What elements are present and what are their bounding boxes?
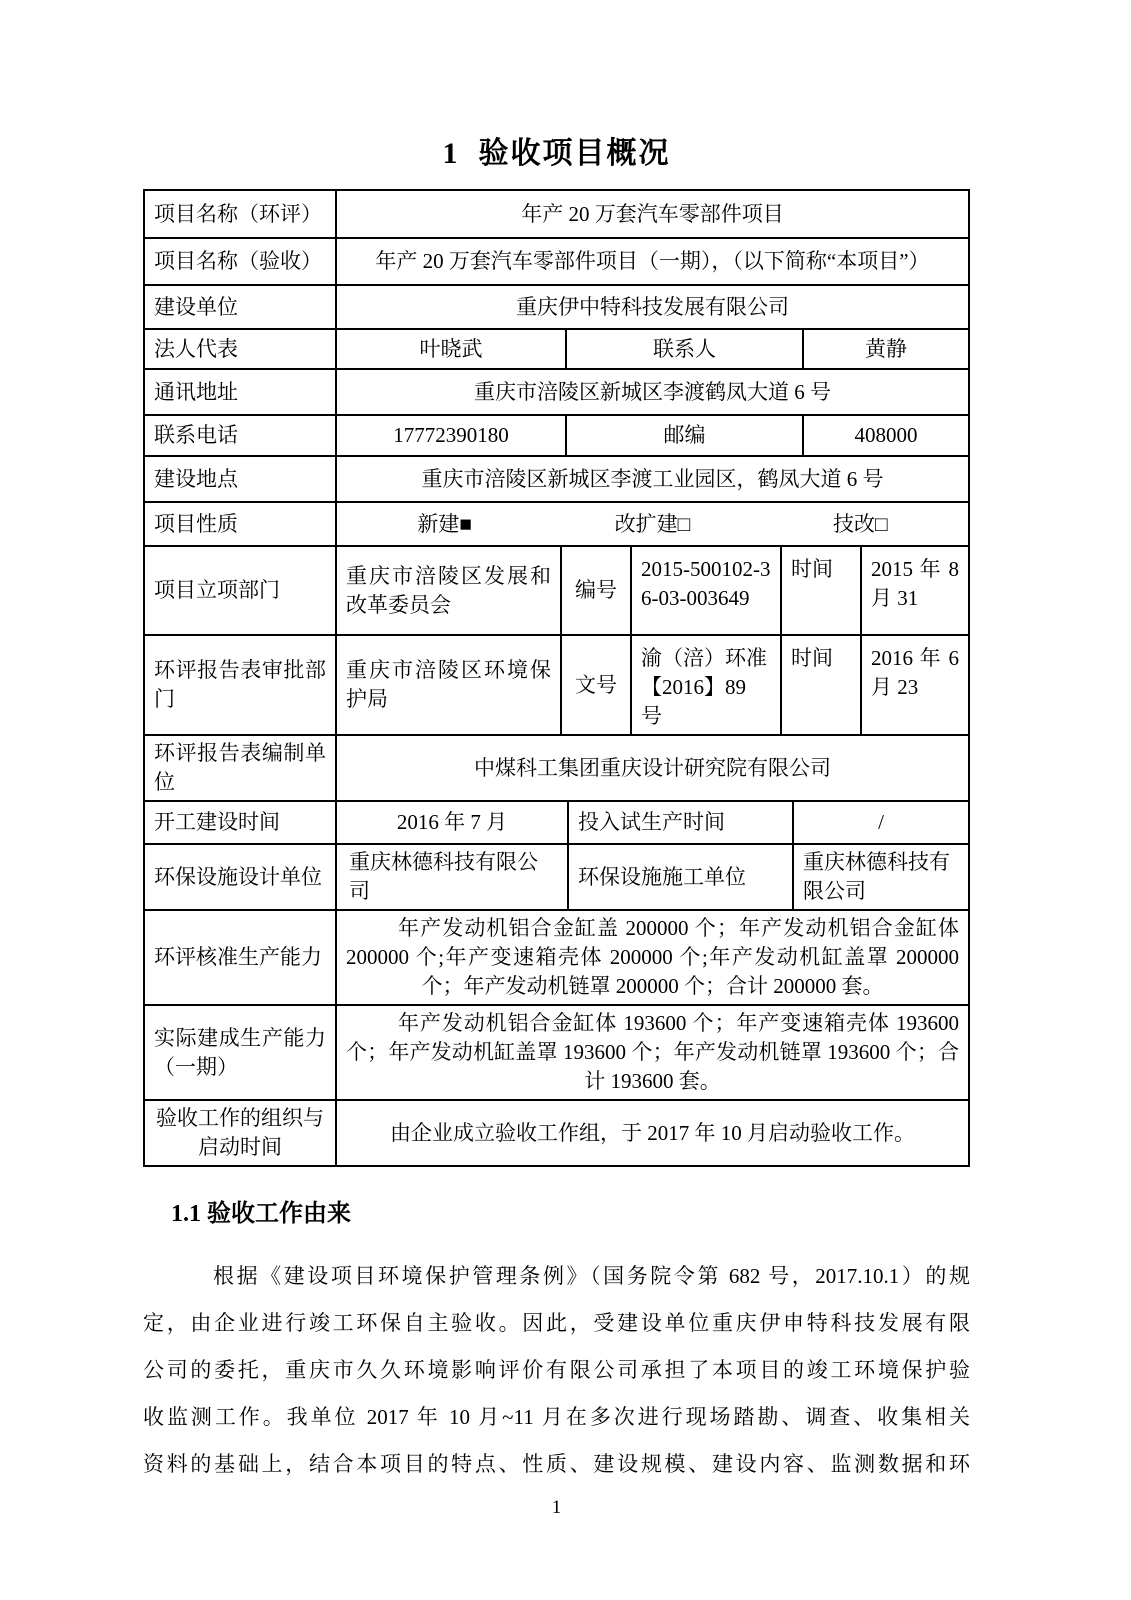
- row-label: 环评报告表审批部门: [145, 636, 335, 734]
- project-nature-options: 新建■ 改扩建□ 技改□: [335, 503, 968, 545]
- row-value: 重庆林德科技有限公司: [792, 845, 968, 909]
- checkbox-new-build: 新建■: [417, 510, 472, 539]
- row-label: 开工建设时间: [145, 802, 335, 843]
- document-page: 1 验收项目概况 项目名称（环评） 年产 20 万套汽车零部件项目 项目名称（验…: [0, 0, 1131, 1600]
- row-label: 建设单位: [145, 286, 335, 328]
- row-value: /: [792, 802, 968, 843]
- paragraph-line: 收监测工作。我单位 2017 年 10 月~11 月在多次进行现场踏勘、调查、收…: [143, 1394, 970, 1441]
- row-value: 重庆市涪陵区新城区李渡鹤凤大道 6 号: [335, 370, 968, 414]
- row-value: 年产发动机铝合金缸体 193600 个；年产变速箱壳体 193600 个；年产发…: [335, 1006, 968, 1099]
- row-label: 投入试生产时间: [567, 802, 792, 843]
- code-value: 渝（涪）环准【2016】89 号: [630, 636, 780, 734]
- paragraph-line: 资料的基础上，结合本项目的特点、性质、建设规模、建设内容、监测数据和环: [143, 1441, 970, 1488]
- table-row: 项目性质 新建■ 改扩建□ 技改□: [145, 501, 968, 545]
- row-value: 年产 20 万套汽车零部件项目: [335, 191, 968, 237]
- table-row: 环评报告表编制单位 中煤科工集团重庆设计研究院有限公司: [145, 734, 968, 800]
- table-row: 通讯地址 重庆市涪陵区新城区李渡鹤凤大道 6 号: [145, 368, 968, 414]
- row-label: 法人代表: [145, 330, 335, 368]
- row-label: 项目名称（验收）: [145, 239, 335, 284]
- row-label: 验收工作的组织与启动时间: [145, 1101, 335, 1165]
- row-value: 重庆市涪陵区环境保护局: [335, 636, 560, 734]
- row-label: 建设地点: [145, 457, 335, 501]
- code-label: 编号: [560, 547, 630, 634]
- table-row: 验收工作的组织与启动时间 由企业成立验收工作组，于 2017 年 10 月启动验…: [145, 1099, 968, 1165]
- table-row: 环评核准生产能力 年产发动机铝合金缸盖 200000 个；年产发动机铝合金缸体 …: [145, 909, 968, 1004]
- row-value: 叶晓武: [335, 330, 565, 368]
- time-label: 时间: [780, 636, 860, 734]
- row-label: 通讯地址: [145, 370, 335, 414]
- row-value: 年产 20 万套汽车零部件项目（一期），（以下简称“本项目”）: [335, 239, 968, 284]
- row-value: 重庆市涪陵区新城区李渡工业园区，鹤凤大道 6 号: [335, 457, 968, 501]
- checkbox-expand-rebuild: 改扩建□: [615, 510, 691, 539]
- row-value: 重庆市涪陵区发展和改革委员会: [335, 547, 560, 634]
- row-label: 项目名称（环评）: [145, 191, 335, 237]
- page-number: 1: [143, 1497, 970, 1519]
- table-row: 项目立项部门 重庆市涪陵区发展和改革委员会 编号 2015-500102-36-…: [145, 545, 968, 634]
- row-value: 由企业成立验收工作组，于 2017 年 10 月启动验收工作。: [335, 1101, 968, 1165]
- table-row: 建设地点 重庆市涪陵区新城区李渡工业园区，鹤凤大道 6 号: [145, 455, 968, 501]
- row-value: 黄静: [802, 330, 968, 368]
- table-row: 项目名称（验收） 年产 20 万套汽车零部件项目（一期），（以下简称“本项目”）: [145, 237, 968, 284]
- row-label: 环保设施设计单位: [145, 845, 335, 909]
- table-row: 环保设施设计单位 重庆林德科技有限公司 环保设施施工单位 重庆林德科技有限公司: [145, 843, 968, 909]
- table-row: 建设单位 重庆伊中特科技发展有限公司: [145, 284, 968, 328]
- row-value: 重庆伊中特科技发展有限公司: [335, 286, 968, 328]
- table-row: 开工建设时间 2016 年 7 月 投入试生产时间 /: [145, 800, 968, 843]
- paragraph-line: 根据《建设项目环境保护管理条例》（国务院令第 682 号，2017.10.1）的…: [143, 1253, 970, 1300]
- row-value: 年产发动机铝合金缸盖 200000 个；年产发动机铝合金缸体 200000 个;…: [335, 911, 968, 1004]
- row-value: 2016 年 7 月: [335, 802, 567, 843]
- time-label: 时间: [780, 547, 860, 634]
- row-value: 408000: [802, 416, 968, 455]
- time-value: 2016 年 6 月 23: [860, 636, 968, 734]
- row-label: 项目性质: [145, 503, 335, 545]
- row-value: 17772390180: [335, 416, 565, 455]
- paragraph-line: 公司的委托，重庆市久久环境影响评价有限公司承担了本项目的竣工环境保护验: [143, 1347, 970, 1394]
- body-paragraph: 根据《建设项目环境保护管理条例》（国务院令第 682 号，2017.10.1）的…: [143, 1253, 970, 1488]
- row-value: 中煤科工集团重庆设计研究院有限公司: [335, 736, 968, 800]
- table-row: 联系电话 17772390180 邮编 408000: [145, 414, 968, 455]
- row-value: 重庆林德科技有限公司: [335, 845, 567, 909]
- checkbox-tech-upgrade: 技改□: [833, 510, 888, 539]
- table-row: 项目名称（环评） 年产 20 万套汽车零部件项目: [145, 191, 968, 237]
- time-value: 2015 年 8 月 31: [860, 547, 968, 634]
- row-label: 环保设施施工单位: [567, 845, 792, 909]
- row-label: 环评报告表编制单位: [145, 736, 335, 800]
- table-row: 法人代表 叶晓武 联系人 黄静: [145, 328, 968, 368]
- row-label: 环评核准生产能力: [145, 911, 335, 1004]
- page-title: 1 验收项目概况: [143, 136, 970, 172]
- code-value: 2015-500102-36-03-003649: [630, 547, 780, 634]
- project-overview-table: 项目名称（环评） 年产 20 万套汽车零部件项目 项目名称（验收） 年产 20 …: [143, 189, 970, 1167]
- row-label: 项目立项部门: [145, 547, 335, 634]
- code-label: 文号: [560, 636, 630, 734]
- row-label: 联系电话: [145, 416, 335, 455]
- table-row: 环评报告表审批部门 重庆市涪陵区环境保护局 文号 渝（涪）环准【2016】89 …: [145, 634, 968, 734]
- row-label: 联系人: [565, 330, 802, 368]
- row-label: 邮编: [565, 416, 802, 455]
- row-label: 实际建成生产能力（一期）: [145, 1006, 335, 1099]
- table-row: 实际建成生产能力（一期） 年产发动机铝合金缸体 193600 个；年产变速箱壳体…: [145, 1004, 968, 1099]
- paragraph-line: 定，由企业进行竣工环保自主验收。因此，受建设单位重庆伊申特科技发展有限: [143, 1300, 970, 1347]
- section-heading: 1.1 验收工作由来: [171, 1199, 970, 1229]
